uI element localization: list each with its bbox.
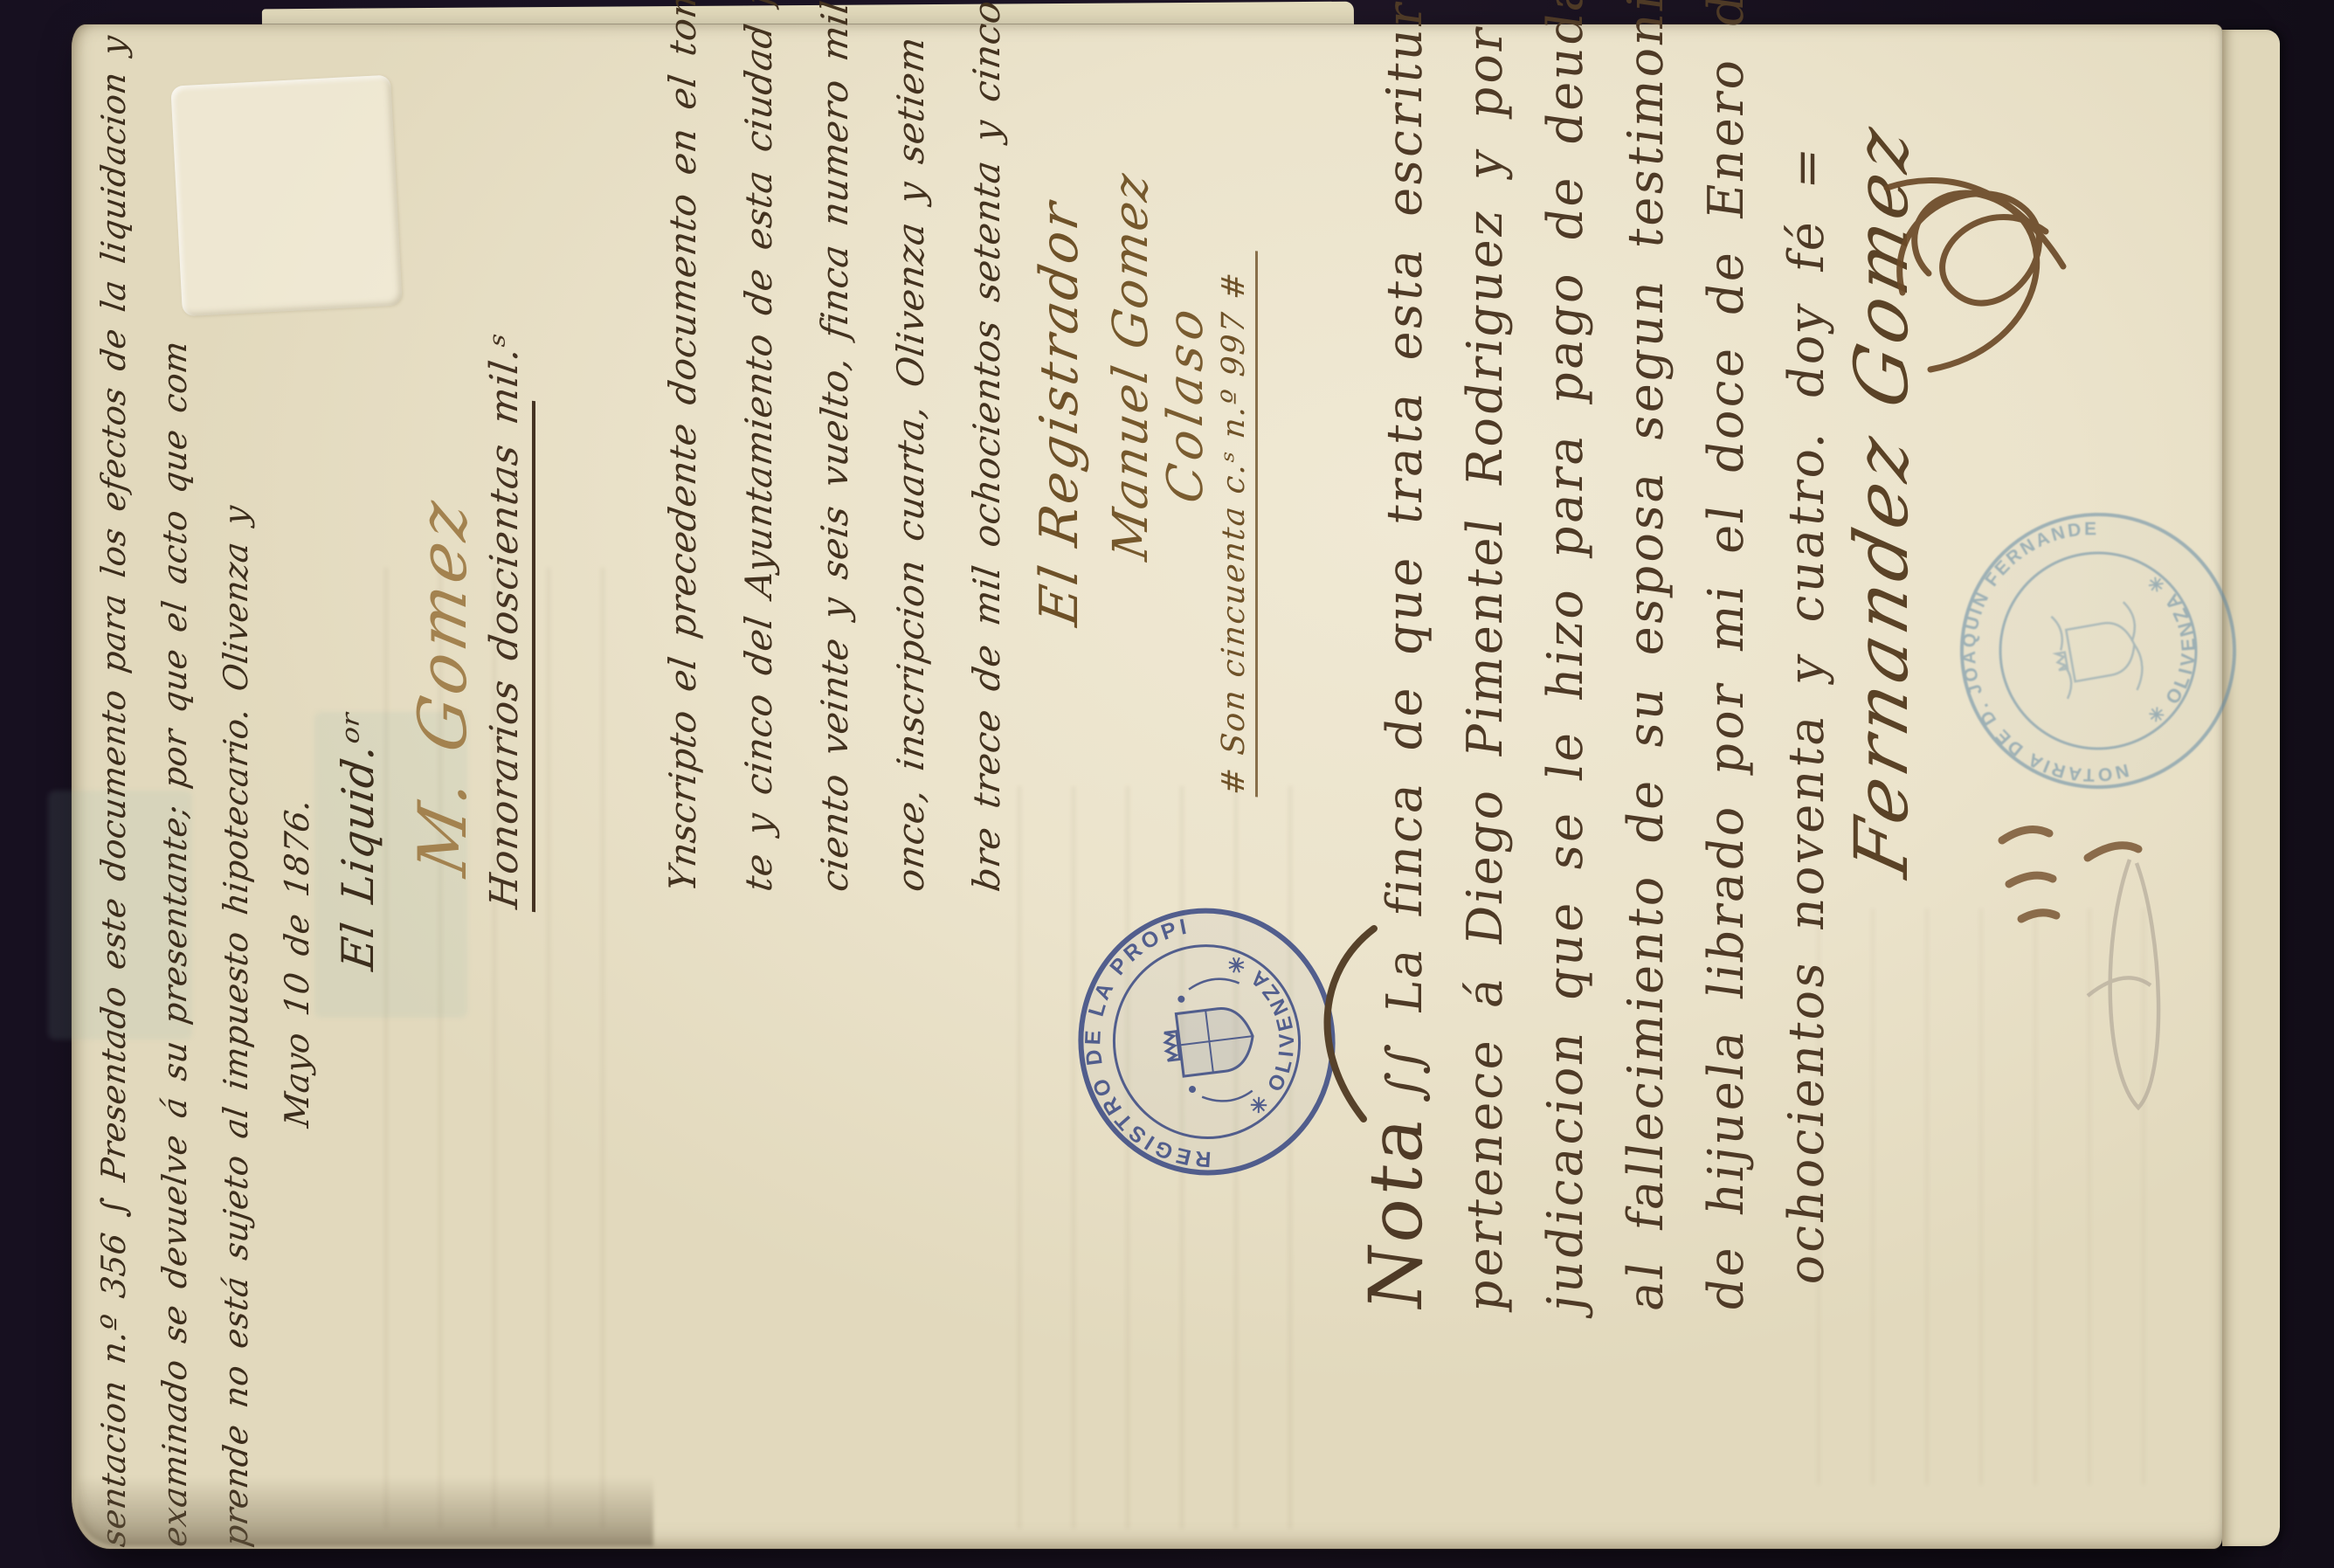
nota-line: pertenece á Diego Pimentel Rodriguez y p… [1446,56,1526,1316]
marginal-note-block: sentacion n.º 356 ∫ Presentado este docu… [83,105,406,1546]
nota-line: de hijuela librado por mi el doce de Ene… [1687,56,1767,1316]
nota-line: al fallecimiento de su esposa segun test… [1606,56,1687,1316]
marginal-note-date-line: Mayo 10 de 1876. [266,100,328,1131]
registry-fee-line: # Son cincuenta c.ˢ n.º 997 # [1216,249,1296,795]
inscription-line: once, inscripcion cuarta, Olivenza y set… [873,58,949,896]
notary-rubric-flourish [1878,162,2083,402]
inscription-line: bre trece de mil ochocientos setenta y c… [949,58,1025,896]
nota-line: judicacion que se le hizo para pago de d… [1526,56,1606,1316]
notary-stamp-outer-ring [1940,493,2255,808]
marginal-note-line: sentacion n.º 356 ∫ Presentado este docu… [83,100,144,1551]
nota-line: ochocientos noventa y cuatro. doy fé = [1767,56,1847,1290]
inscription-line: ciento veinte y seis vuelto, finca numer… [797,58,873,896]
marginal-note-line: prende no está sujeto al impuesto hipote… [205,100,266,1551]
inscription-block: Ynscripto el precedente documento en el … [645,63,1029,891]
liquidator-title: El Liquid.ᵒʳ [328,100,389,974]
scanned-document-canvas: sentacion n.º 356 ∫ Presentado este docu… [0,0,2334,1568]
marginal-note-line: examinado se devuelve á su presentante; … [144,100,205,1551]
notary-stamp: NOTARIA DE D. JOAQUIN FERNANDEZ GOMEZ ✳ … [1927,483,2269,819]
inscription-line: te y cinco del Ayuntamiento de esta ciud… [721,58,797,896]
nota-block: Nota∫∫ La finca de que trata esta escrit… [1356,61,1845,1310]
inscription-line: Ynscripto el precedente documento en el … [645,58,721,896]
page-bottom-shadow [77,1454,653,1546]
next-page-edge [2222,30,2280,1546]
nota-first-line: Nota∫∫ La finca de que trata esta escrit… [1356,55,1446,1316]
pencil-mark [2088,860,2158,1108]
honorarios-line: Honorarios doscientas mil.ˢ [482,397,574,908]
nota-lead-word: Nota [1353,1108,1439,1316]
pencil-annotation [1983,812,2188,1153]
